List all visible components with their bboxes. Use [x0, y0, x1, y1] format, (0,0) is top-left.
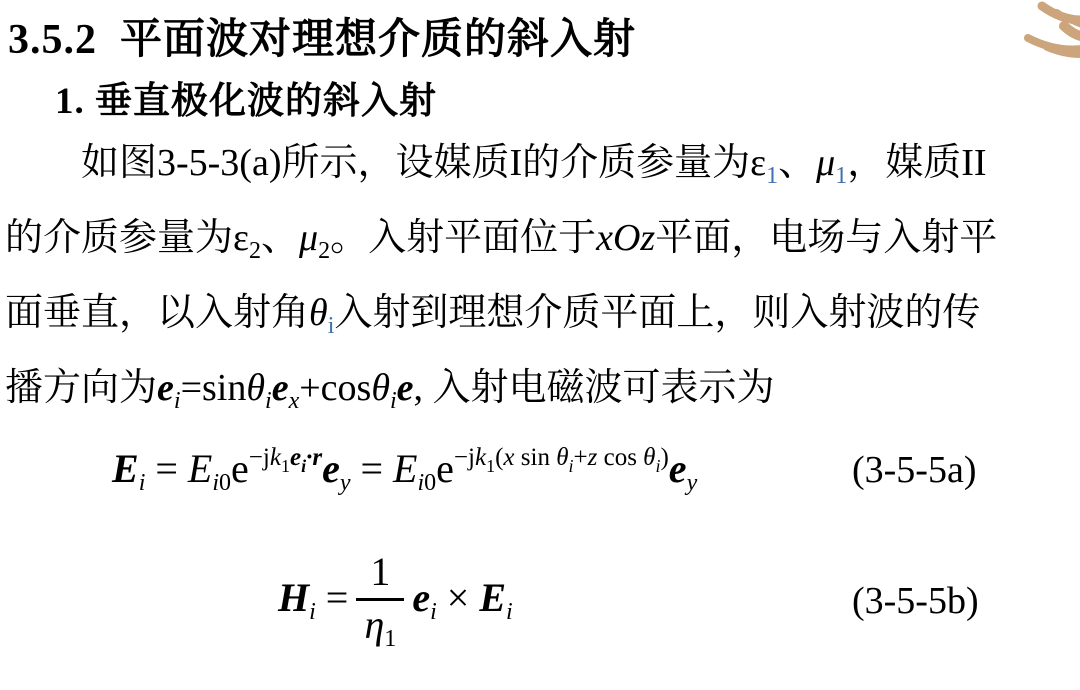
- equation-a-expression: Ei = Ei0e−jk1ei·rey = Ei0e−jk1(x sin θi+…: [112, 445, 697, 495]
- paragraph-line-1: 如图3-5-3(a)所示，设媒质I的介质参量为ε1、μ1，媒质II: [5, 132, 1071, 207]
- slide: 3.5.2 平面波对理想介质的斜入射 1. 垂直极化波的斜入射 如图3-5-3(…: [0, 0, 1080, 690]
- equation-b-lhs: Hi =: [278, 578, 348, 624]
- fraction-numerator: 1: [356, 552, 404, 601]
- body-paragraph: 如图3-5-3(a)所示，设媒质I的介质参量为ε1、μ1，媒质II 的介质参量为…: [5, 132, 1071, 432]
- fraction-denominator-subscript: 1: [384, 626, 396, 652]
- fraction-denominator: η1: [364, 601, 396, 651]
- equation-3-5-5a: Ei = Ei0e−jk1ei·rey = Ei0e−jk1(x sin θi+…: [0, 420, 1080, 520]
- paragraph-line-2: 的介质参量为ε2、μ2。入射平面位于xOz平面，电场与入射平: [5, 207, 1071, 282]
- equation-3-5-5b: Hi = 1 η1 ei × Ei (3-5-5b): [0, 540, 1080, 662]
- section-subtitle: 1. 垂直极化波的斜入射: [55, 70, 437, 124]
- paragraph-line-3: 面垂直，以入射角θi入射到理想介质平面上，则入射波的传: [5, 282, 1071, 357]
- equation-b-label: (3-5-5b): [852, 582, 979, 620]
- coffee-cup-logo-icon: [1012, 0, 1080, 91]
- equation-a-label: (3-5-5a): [852, 451, 976, 489]
- slide-title: 3.5.2 平面波对理想介质的斜入射: [8, 6, 636, 66]
- equation-b-rhs: ei × Ei: [412, 578, 512, 624]
- fraction-denominator-symbol: η: [364, 602, 384, 647]
- fraction: 1 η1: [356, 552, 404, 651]
